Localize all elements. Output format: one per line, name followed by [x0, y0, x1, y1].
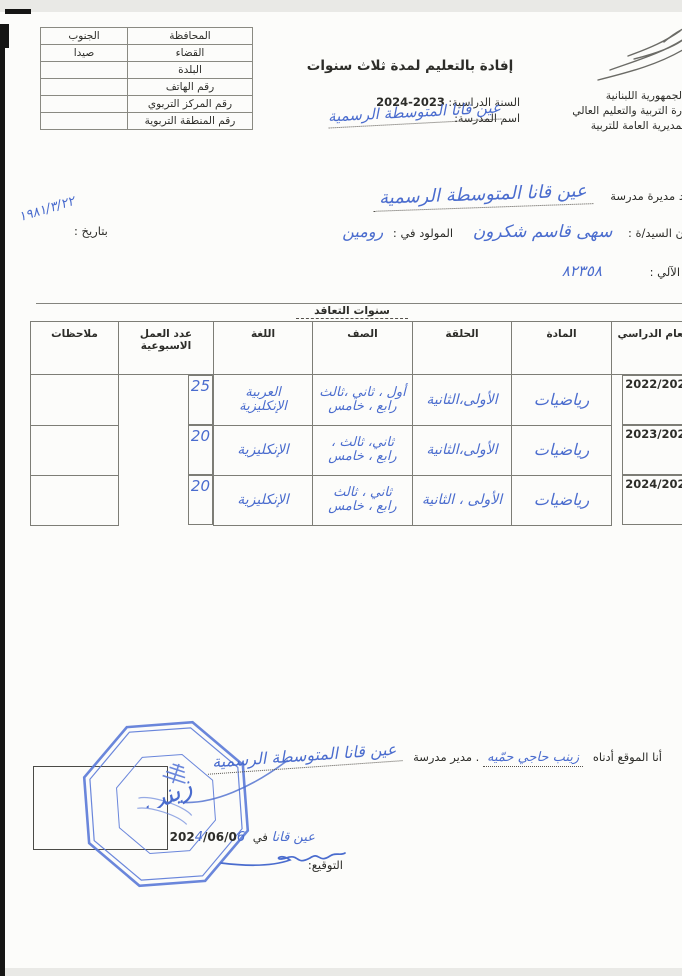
table-row: البلدة — [41, 62, 253, 79]
language-line1: العربية — [216, 386, 310, 400]
cell-year: 2024/2023 — [622, 475, 682, 525]
ministry-header: الجمهورية اللبنانية ارة التربية والتعليم… — [572, 88, 682, 133]
grades-line2: رابع ، خامس — [315, 450, 410, 464]
cell-grades-handwritten: أول ، ثاني ،ثالث رابع ، خامس — [313, 375, 413, 426]
cell-hours-handwritten: 25 — [188, 375, 213, 425]
grades-line2: رابع ، خامس — [315, 400, 410, 414]
cell-cycle-handwritten: الأولى،الثانية — [413, 425, 512, 475]
born-place-handwritten: رومين — [342, 222, 383, 241]
cell-hours-handwritten: 20 — [188, 425, 213, 475]
col-header-grade: الصف — [313, 322, 413, 375]
cell-cycle-handwritten: الأولى،الثانية — [413, 375, 512, 426]
table-row: 2022/2021 رياضيات الأولى،الثانية أول ، ث… — [31, 375, 682, 426]
col-header-subject: المادة — [512, 322, 612, 375]
info-label: رقم المنطقة التربوية — [128, 113, 253, 130]
cell-language-handwritten: العربية الإنكليزية — [214, 375, 313, 426]
info-label: القضاء — [128, 45, 253, 62]
cell-year: 2023/2022 — [622, 425, 682, 475]
grades-line2: رابع ، خامس — [315, 500, 410, 514]
scan-bottom-edge — [0, 968, 682, 976]
certify-line: د مديرة مدرسة عين قانا المتوسطة الرسمية — [373, 184, 682, 208]
ministry-line-directorate: لمديرية العامة للتربية — [572, 118, 682, 133]
col-header-school-year: العام الدراسي — [612, 322, 682, 375]
cell-grades-handwritten: ثاني ، ثالث رابع ، خامس — [313, 475, 413, 525]
in-word: في — [253, 830, 268, 844]
col-header-cycle: الحلقة — [413, 322, 512, 375]
info-value — [41, 62, 128, 79]
language-line2: الإنكليزية — [216, 400, 310, 414]
scanned-certificate-page: المحافظةالجنوب القضاءصيدا البلدة رقم اله… — [0, 0, 682, 976]
cell-subject-handwritten: رياضيات — [512, 475, 612, 525]
col-header-language: اللغة — [214, 322, 313, 375]
declaration-line: أنا الموقع أدناه زينب حاجي حمّيه . مدير … — [207, 746, 662, 768]
auto-number-label: مه الآلي : — [650, 265, 682, 279]
ministry-logo-icon — [594, 26, 682, 88]
document-title: إفادة بالتعليم لمدة ثلاث سنوات — [270, 58, 550, 74]
certify-printed-text: د مديرة مدرسة — [610, 189, 682, 203]
info-value — [41, 79, 128, 96]
ministry-line-ministry: ارة التربية والتعليم العالي — [572, 103, 682, 118]
table-row: 2024/2023 رياضيات الأولى ، الثانية ثاني … — [31, 475, 682, 525]
cell-cycle-handwritten: الأولى ، الثانية — [413, 475, 512, 525]
cell-grades-handwritten: ثاني، ثالث ، رابع ، خامس — [313, 425, 413, 475]
cell-language-handwritten: الإنكليزية — [214, 475, 313, 525]
scan-corner-tick — [5, 9, 31, 14]
date-hand-segment: 4 — [195, 830, 203, 845]
table-header-row: العام الدراسي المادة الحلقة الصف اللغة ع… — [31, 322, 682, 375]
person-line: ن السيد/ة : سهى قاسم شكرون المولود في : … — [342, 222, 682, 242]
scan-corner-blob — [0, 24, 9, 48]
info-value — [41, 113, 128, 130]
info-label: رقم الهاتف — [128, 79, 253, 96]
table-row: رقم الهاتف — [41, 79, 253, 96]
certify-school-handwritten: عين قانا المتوسطة الرسمية — [372, 180, 592, 212]
auto-number-line: مه الآلي : ٨٢٣٥٨ — [562, 262, 682, 280]
cell-notes — [31, 375, 119, 426]
table-row: القضاءصيدا — [41, 45, 253, 62]
born-label: المولود في : — [393, 226, 453, 240]
info-value: الجنوب — [41, 28, 128, 45]
declaration-name-handwritten: زينب حاجي حمّيه — [483, 750, 583, 767]
scan-left-black-bar — [0, 24, 5, 976]
info-label: البلدة — [128, 62, 253, 79]
birth-date-handwritten: ١٩٨١/٣/٢٢ — [17, 194, 77, 225]
col-header-notes: ملاحظات — [31, 322, 119, 375]
svg-text:مديرة مدرسة عين قانا المتوسطة: مديرة مدرسة عين قانا المتوسطة الرسمية — [142, 686, 147, 689]
info-value: صيدا — [41, 45, 128, 62]
cell-year: 2022/2021 — [622, 375, 682, 425]
cell-subject-handwritten: رياضيات — [512, 425, 612, 475]
contract-years-table: العام الدراسي المادة الحلقة الصف اللغة ع… — [30, 321, 682, 526]
scan-top-edge — [0, 0, 682, 12]
date-print-segment: 202 — [170, 830, 195, 844]
col-header-weekly-hours: عدد العمل الاسبوعية — [119, 322, 214, 375]
person-label: ن السيد/ة : — [628, 226, 682, 240]
stamp-arc-handwriting: مديرة مدرسة عين قانا المتوسطة الرسمية — [142, 686, 147, 689]
auto-number-handwritten: ٨٢٣٥٨ — [562, 262, 602, 280]
table-row: رقم المنطقة التربوية — [41, 113, 253, 130]
date-label: بتاريخ : — [74, 224, 108, 238]
date-print-segment: /06/0 — [203, 830, 237, 844]
table-row: 2023/2022 رياضيات الأولى،الثانية ثاني، ث… — [31, 425, 682, 475]
table-row: المحافظةالجنوب — [41, 28, 253, 45]
cell-subject-handwritten: رياضيات — [512, 375, 612, 426]
cell-language-handwritten: الإنكليزية — [214, 425, 313, 475]
info-label: رقم المركز التربوي — [128, 96, 253, 113]
declaration-middle: . مدير مدرسة — [413, 750, 479, 764]
grades-line1: ثاني ، ثالث — [315, 486, 410, 500]
cell-notes — [31, 425, 119, 475]
person-name-handwritten: سهى قاسم شكرون — [473, 222, 613, 242]
signature-handwriting — [218, 843, 348, 873]
info-label: المحافظة — [128, 28, 253, 45]
ministry-line-republic: الجمهورية اللبنانية — [572, 88, 682, 103]
admin-info-table: المحافظةالجنوب القضاءصيدا البلدة رقم اله… — [40, 27, 253, 130]
contract-table-title: سنوات التعاقد — [296, 304, 408, 319]
declaration-prefix: أنا الموقع أدناه — [593, 750, 662, 764]
grades-line1: ثاني، ثالث ، — [315, 436, 410, 450]
table-row: رقم المركز التربوي — [41, 96, 253, 113]
info-value — [41, 96, 128, 113]
cell-notes — [31, 475, 119, 525]
cell-hours-handwritten: 20 — [188, 475, 213, 525]
grades-line1: أول ، ثاني ،ثالث — [315, 386, 410, 400]
